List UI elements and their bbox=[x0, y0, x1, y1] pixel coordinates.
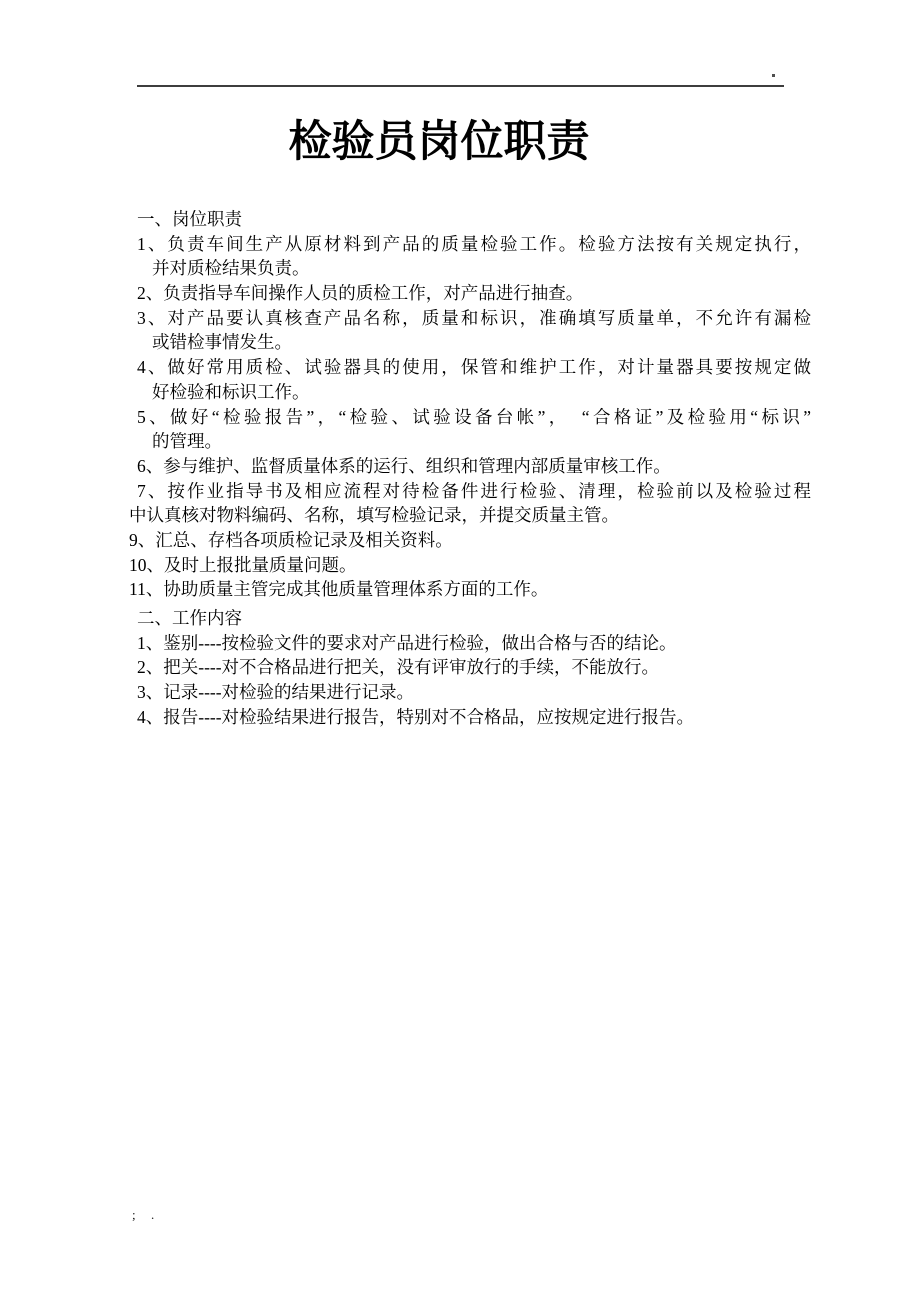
document-line: 或错检事情发生。 bbox=[0, 330, 920, 355]
document-line: 的管理。 bbox=[0, 429, 920, 454]
document-line: 9、汇总、存档各项质检记录及相关资料。 bbox=[0, 528, 920, 553]
header-rule bbox=[137, 85, 784, 87]
document-line: 2、负责指导车间操作人员的质检工作，对产品进行抽查。 bbox=[0, 281, 920, 306]
footer-mark-period: . bbox=[151, 1208, 154, 1221]
section1-heading: 一、岗位职责 bbox=[0, 207, 920, 232]
document-line: 4、报告----对检验结果进行报告，特别对不合格品，应按规定进行报告。 bbox=[0, 705, 920, 730]
section2-heading: 二、工作内容 bbox=[0, 606, 920, 631]
document-page: 检验员岗位职责 一、岗位职责1、负责车间生产从原材料到产品的质量检验工作。检验方… bbox=[0, 0, 920, 1302]
document-title: 检验员岗位职责 bbox=[0, 117, 878, 169]
document-line: 2、把关----对不合格品进行把关，没有评审放行的手续，不能放行。 bbox=[0, 655, 920, 680]
document-line: 并对质检结果负责。 bbox=[0, 256, 920, 281]
document-line: 1、负责车间生产从原材料到产品的质量检验工作。检验方法按有关规定执行， bbox=[0, 232, 811, 257]
document-line: 10、及时上报批量质量问题。 bbox=[0, 553, 920, 578]
document-line: 4、做好常用质检、试验器具的使用，保管和维护工作，对计量器具要按规定做 bbox=[0, 355, 811, 380]
footer-mark-semicolon: ; bbox=[132, 1208, 136, 1221]
document-line: 好检验和标识工作。 bbox=[0, 380, 920, 405]
document-body: 一、岗位职责1、负责车间生产从原材料到产品的质量检验工作。检验方法按有关规定执行… bbox=[0, 207, 920, 729]
document-line: 3、对产品要认真核查产品名称，质量和标识，准确填写质量单，不允许有漏检 bbox=[0, 306, 811, 331]
document-line: 6、参与维护、监督质量体系的运行、组织和管理内部质量审核工作。 bbox=[0, 454, 920, 479]
document-line: 7、按作业指导书及相应流程对待检备件进行检验、清理，检验前以及检验过程 bbox=[0, 479, 811, 504]
document-line: 中认真核对物料编码、名称，填写检验记录，并提交质量主管。 bbox=[0, 503, 920, 528]
document-line: 11、协助质量主管完成其他质量管理体系方面的工作。 bbox=[0, 577, 920, 602]
document-line: 3、记录----对检验的结果进行记录。 bbox=[0, 680, 920, 705]
document-line: 1、鉴别----按检验文件的要求对产品进行检验，做出合格与否的结论。 bbox=[0, 631, 920, 656]
page-corner-mark bbox=[772, 74, 775, 77]
document-line: 5、做好“检验报告”，“检验、试验设备台帐”， “合格证”及检验用“标识” bbox=[0, 405, 811, 430]
